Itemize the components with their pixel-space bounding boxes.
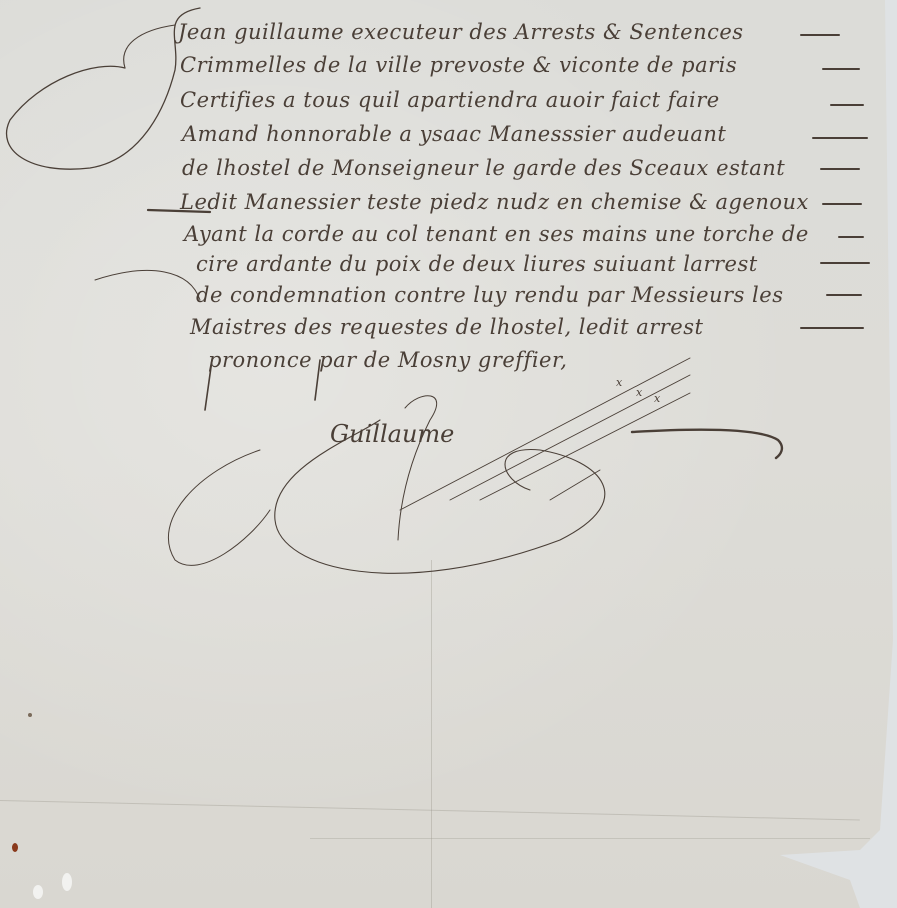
text-line-9: de condemnation contre luy rendu par Mes… [196, 283, 783, 307]
signature: Guillaume [330, 420, 454, 448]
line-filler [822, 203, 862, 205]
manuscript-page: Jean guillaume executeur des Arrests & S… [0, 0, 897, 908]
svg-text:x: x [654, 392, 661, 405]
ink-stain [12, 843, 18, 852]
text-line-7: Ayant la corde au col tenant en ses main… [184, 222, 809, 246]
svg-text:x: x [616, 376, 623, 389]
text-line-6: Ledit Manessier teste piedz nudz en chem… [180, 190, 809, 214]
line-filler [820, 168, 860, 170]
line-filler [838, 236, 864, 238]
paper-hole [33, 885, 43, 899]
line-filler [820, 262, 870, 264]
svg-text:x: x [636, 386, 643, 399]
fold-crease [310, 838, 870, 839]
spot [28, 713, 32, 717]
line-filler [822, 68, 860, 70]
text-line-10: Maistres des requestes de lhostel, ledit… [190, 315, 703, 339]
text-line-1: Jean guillaume executeur des Arrests & S… [178, 20, 744, 44]
text-line-2: Crimmelles de la ville prevoste & vicont… [180, 53, 737, 77]
line-filler [812, 137, 868, 139]
text-line-4: Amand honnorable a ysaac Manesssier aude… [182, 122, 726, 146]
line-filler [800, 327, 864, 329]
text-line-3: Certifies a tous quil apartiendra auoir … [180, 88, 720, 112]
fold-crease [0, 800, 860, 821]
fold-crease [431, 560, 432, 908]
text-line-5: de lhostel de Monseigneur le garde des S… [182, 156, 785, 180]
line-filler [830, 104, 864, 106]
line-filler [826, 294, 862, 296]
text-line-8: cire ardante du poix de deux liures suiu… [196, 252, 758, 276]
line-filler [800, 34, 840, 36]
text-line-11: prononce par de Mosny greffier, [208, 348, 567, 372]
paper-hole [62, 873, 72, 891]
